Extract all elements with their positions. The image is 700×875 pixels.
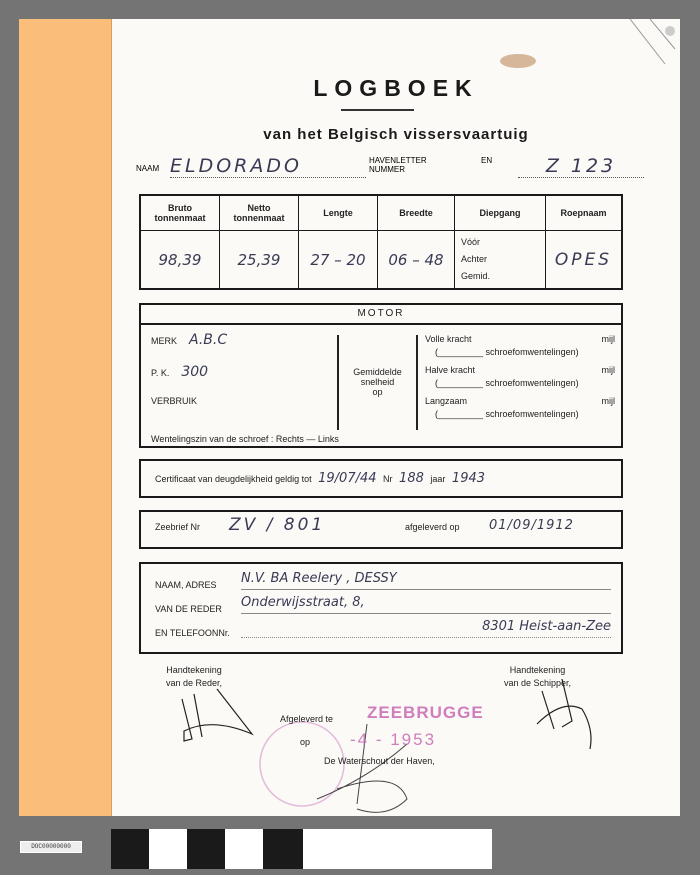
pk-field[interactable]: 300 (181, 364, 208, 380)
page-subtitle: van het Belgisch vissersvaartuig (112, 126, 680, 143)
calibration-block-white (225, 829, 263, 869)
calibration-block-white (149, 829, 187, 869)
header-lengte: Lengte (299, 195, 378, 231)
merk-row: MERKA.B.C (151, 332, 227, 364)
bruto-cell[interactable]: 98,39 (140, 231, 220, 290)
certificaat-date-field[interactable]: 19/07/44 (318, 471, 376, 486)
certificaat-nr-label: Nr (383, 474, 393, 484)
speed-langzaam[interactable]: Langzaam mijl (_________ schroefomwentel… (425, 396, 615, 427)
table-row: 98,39 25,39 27 – 20 06 – 48 Vóór Achter … (140, 231, 622, 290)
paper-stain (500, 54, 536, 68)
calibration-block-white (303, 829, 492, 869)
afgeleverd-label: afgeleverd op (405, 522, 460, 532)
reder-naam-label: NAAM, ADRES (155, 580, 217, 590)
speed-halve-kracht[interactable]: Halve kracht mijl (_________ schroefomwe… (425, 365, 615, 396)
roepnaam-cell[interactable]: OPES (546, 231, 623, 290)
corner-fold-icon (620, 19, 680, 69)
reder-adres-label: VAN DE REDER (155, 604, 222, 614)
motor-heading: MOTOR (141, 305, 621, 325)
havenletter-label: HAVENLETTERNUMMER (369, 156, 427, 174)
orange-cover-strip (19, 19, 113, 816)
header-breedte: Breedte (378, 195, 455, 231)
diepgang-cell[interactable]: Vóór Achter Gemid. (455, 231, 546, 290)
reder-adres-field[interactable]: Onderwijsstraat, 8, (241, 595, 611, 614)
vessel-name-row: NAAM ELDORADO HAVENLETTERNUMMER EN Z 123 (136, 155, 616, 177)
afgeleverd-te-label: Afgeleverd te (280, 714, 333, 724)
reder-telefoon-label: EN TELEFOONNr. (155, 628, 230, 638)
header-diepgang: Diepgang (455, 195, 546, 231)
zeebrief-label: Zeebrief Nr (155, 522, 200, 532)
vessel-dimensions-table: Brutotonnenmaat Nettotonnenmaat Lengte B… (139, 194, 623, 290)
afgeleverd-date-field[interactable]: 01/09/1912 (489, 518, 574, 533)
netto-cell[interactable]: 25,39 (220, 231, 299, 290)
verbruik-label: VERBRUIK (151, 396, 197, 406)
pk-label: P. K. (151, 368, 169, 378)
certificaat-jaar-field[interactable]: 1943 (452, 471, 485, 486)
reder-telefoon-field[interactable]: 8301 Heist-aan-Zee (241, 619, 611, 638)
havenletter-label-line2: NUMMER (369, 165, 405, 174)
archive-id-label: DOC00000000 (20, 841, 82, 853)
havenletter-field[interactable]: Z 123 (518, 155, 644, 178)
lengte-cell[interactable]: 27 – 20 (299, 231, 378, 290)
merk-label: MERK (151, 336, 177, 346)
reder-section: NAAM, ADRES N.V. BA Reelery , DESSY VAN … (139, 562, 623, 654)
reder-signature-icon (172, 679, 262, 749)
pk-row: P. K.300 (151, 364, 227, 396)
header-bruto: Brutotonnenmaat (140, 195, 220, 231)
zeebrief-field[interactable]: ZV / 801 (229, 515, 325, 535)
speed-list: Volle kracht mijl (_________ schroefomwe… (425, 334, 615, 427)
op-label: op (300, 737, 310, 747)
motor-divider (416, 335, 418, 430)
verbruik-row: VERBRUIK (151, 396, 227, 428)
motor-section: MOTOR MERKA.B.C P. K.300 VERBRUIK Gemidd… (139, 303, 623, 448)
reder-telefoon-row: EN TELEFOONNr. 8301 Heist-aan-Zee (155, 620, 611, 640)
certificaat-nr-field[interactable]: 188 (399, 471, 424, 486)
calibration-block-black (263, 829, 303, 869)
vessel-name-field[interactable]: ELDORADO (170, 155, 366, 178)
header-roepnaam: Roepnaam (546, 195, 623, 231)
naam-label: NAAM (136, 164, 159, 173)
header-netto: Nettotonnenmaat (220, 195, 299, 231)
table-header-row: Brutotonnenmaat Nettotonnenmaat Lengte B… (140, 195, 622, 231)
diepgang-achter: Achter (461, 251, 544, 268)
stamp-place: ZEEBRUGGE (367, 703, 484, 723)
en-label: EN (481, 156, 492, 165)
diepgang-voor: Vóór (461, 234, 544, 251)
zeebrief-section: Zeebrief Nr ZV / 801 afgeleverd op 01/09… (139, 510, 623, 549)
title-divider (341, 109, 414, 111)
stamp-date: -4 - 1953 (350, 730, 436, 750)
certificaat-section: Certificaat van deugdelijkheid geldig to… (139, 459, 623, 498)
merk-field[interactable]: A.B.C (189, 332, 227, 348)
reder-naam-field[interactable]: N.V. BA Reelery , DESSY (241, 571, 611, 590)
havenletter-label-line1: HAVENLETTER (369, 156, 427, 165)
calibration-block-black (187, 829, 225, 869)
certificaat-jaar-label: jaar (430, 474, 445, 484)
motor-fields: MERKA.B.C P. K.300 VERBRUIK (151, 332, 227, 428)
reder-naam-row: NAAM, ADRES N.V. BA Reelery , DESSY (155, 572, 611, 592)
schipper-signature-icon (532, 679, 602, 759)
gemiddelde-snelheid-label: Gemiddelde snelheid op (339, 367, 416, 397)
page-title: LOGBOEK (112, 75, 680, 102)
logbook-page: LOGBOEK van het Belgisch vissersvaartuig… (112, 19, 680, 816)
calibration-block-black (111, 829, 149, 869)
breedte-cell[interactable]: 06 – 48 (378, 231, 455, 290)
wentelingszin-label: Wentelingszin van de schroef : Rechts — … (151, 434, 339, 444)
speed-volle-kracht[interactable]: Volle kracht mijl (_________ schroefomwe… (425, 334, 615, 365)
waterschout-label: De Waterschout der Haven, (324, 756, 435, 766)
reder-adres-row: VAN DE REDER Onderwijsstraat, 8, (155, 596, 611, 616)
diepgang-gemid: Gemid. (461, 268, 544, 285)
certificaat-label: Certificaat van deugdelijkheid geldig to… (155, 474, 312, 484)
